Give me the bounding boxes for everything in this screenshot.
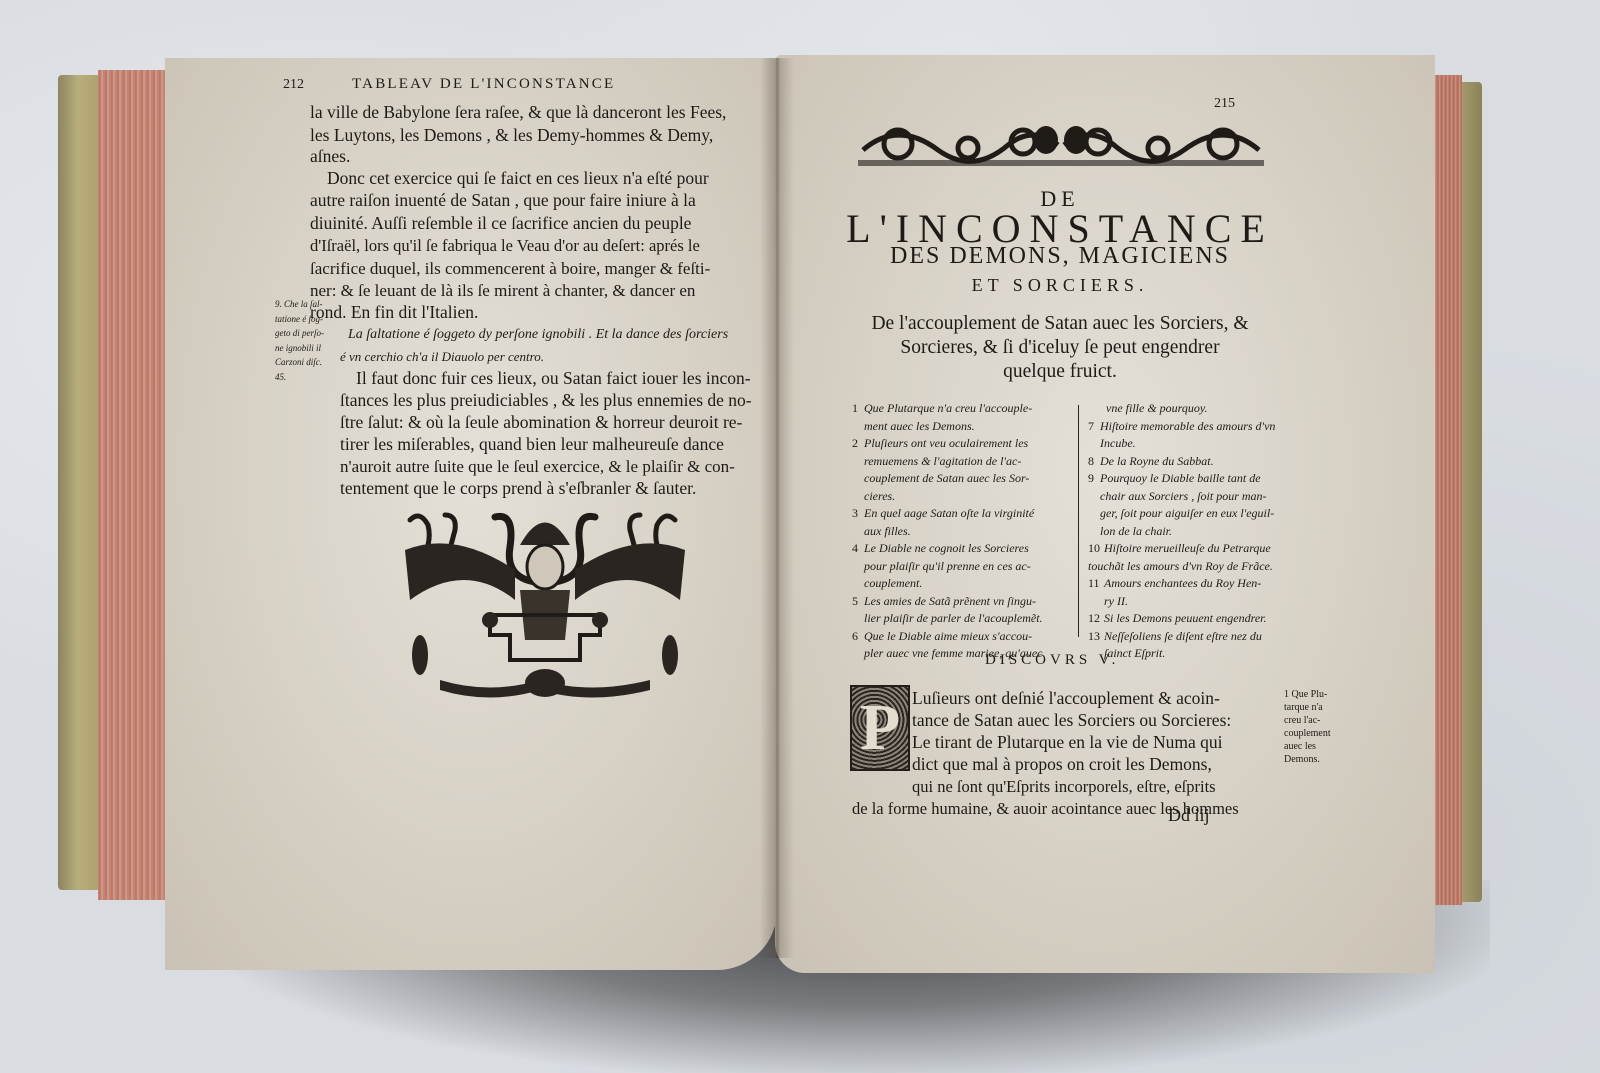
book-cover-right xyxy=(1460,82,1482,902)
contents-item-cont: ry II. xyxy=(1088,593,1275,611)
contents-item-cont: touchãt les amours d'vn Roy de Frãce. xyxy=(1088,558,1275,576)
contents-item: 9Pourquoy le Diable baille tant de xyxy=(1088,470,1275,488)
contents-item-cont: vne fille & pourquoy. xyxy=(1088,400,1275,418)
contents-item: 10Hiſtoire merueilleuſe du Petrarque xyxy=(1088,540,1275,558)
contents-item: 8De la Royne du Sabbat. xyxy=(1088,453,1275,471)
subtitle-line: Sorcieres, & ſi d'iceluy ſe peut engendr… xyxy=(830,336,1290,360)
right-line-3: Le tirant de Plutarque en la vie de Numa… xyxy=(912,732,1223,754)
left-line-6: diuinité. Auſſi reſemble il ce ſacrifice… xyxy=(310,212,691,235)
left-line-15: ſtre ſalut: & où la ſeule abomination & … xyxy=(340,411,742,434)
margin-note-line: 1 Que Plu- xyxy=(1284,688,1331,701)
italian-quote-line-1: La ſaltatione é ſoggeto dy perſone ignob… xyxy=(348,323,728,346)
contents-item-cont: Incube. xyxy=(1088,435,1275,453)
contents-item: 7Hiſtoire memorable des amours d'vn xyxy=(1088,418,1275,436)
contents-item: 1Que Plutarque n'a creu l'accouple- xyxy=(852,400,1043,418)
margin-note-line: auec les xyxy=(1284,740,1331,753)
left-line-16: tirer les miſerables, quand bien leur ma… xyxy=(340,433,724,456)
margin-note-line: Carzoni diſc. xyxy=(275,355,324,370)
left-line-3: aſnes. xyxy=(310,145,350,168)
signature-mark: Dd iij xyxy=(1168,805,1210,826)
left-line-8: ſacrifice duquel, ils commencerent à boi… xyxy=(310,257,710,280)
running-head-text: TABLEAV DE L'INCONSTANCE xyxy=(352,76,615,92)
italian-quote-line-2: é vn cerchio ch'a il Diauolo per centro. xyxy=(340,345,544,368)
left-line-7: d'Iſraël, lors qu'il ſe fabriqua le Veau… xyxy=(310,234,700,257)
right-line-2: tance de Satan auec les Sorciers ou Sorc… xyxy=(912,710,1231,732)
contents-right-column: vne fille & pourquoy. 7Hiſtoire memorabl… xyxy=(1088,400,1275,663)
right-line-4: dict que mal à propos on croit les Demon… xyxy=(912,754,1212,776)
left-line-4: Donc cet exercice qui ſe faict en ces li… xyxy=(327,167,709,190)
margin-note-line: Demons. xyxy=(1284,753,1331,766)
contents-item: 11Amours enchantees du Roy Hen- xyxy=(1088,575,1275,593)
contents-left-column: 1Que Plutarque n'a creu l'accouple- ment… xyxy=(852,400,1043,663)
left-line-10: rond. En fin dit l'Italien. xyxy=(310,301,478,324)
margin-note-line: couplement xyxy=(1284,727,1331,740)
woodcut-vignette-icon xyxy=(400,505,690,700)
title-demons-magiciens: DES DEMONS, MAGICIENS xyxy=(820,243,1300,270)
contents-item: 2Pluſieurs ont veu oculairement les xyxy=(852,435,1043,453)
contents-item-cont: chair aux Sorciers , ſoit pour man- xyxy=(1088,488,1275,506)
right-line-1: Luſieurs ont deſnié l'accouplement & aco… xyxy=(912,688,1220,710)
margin-note-line: tatione é ſog- xyxy=(275,312,324,327)
left-line-5: autre raiſon inuenté de Satan , que pour… xyxy=(310,189,696,212)
contents-item: 12Si les Demons peuuent engendrer. xyxy=(1088,610,1275,628)
contents-item-cont: ment auec les Demons. xyxy=(852,418,1043,436)
margin-note-line: creu l'ac- xyxy=(1284,714,1331,727)
margin-note-line: 45. xyxy=(275,370,324,385)
contents-item-cont: couplement. xyxy=(852,575,1043,593)
left-line-18: tentement que le corps prend à s'eſbranl… xyxy=(340,477,696,500)
contents-item-cont: pour plaiſir qu'il prenne en ces ac- xyxy=(852,558,1043,576)
contents-item-cont: remuemens & l'agitation de l'ac- xyxy=(852,453,1043,471)
title-et-sorciers: ET SORCIERS. xyxy=(820,275,1300,296)
left-line-1: la ville de Babylone ſera raſee, & que l… xyxy=(310,101,726,124)
contents-item-cont: ger, ſoit pour aiguiſer en eux l'eguil- xyxy=(1088,505,1275,523)
chapter-subtitle: De l'accouplement de Satan auec les Sorc… xyxy=(830,312,1290,384)
contents-item: 13Neſſeſoliens ſe diſent eſtre nez du xyxy=(1088,628,1275,646)
headpiece-ornament-icon xyxy=(858,120,1264,172)
contents-item: 3En quel aage Satan oſte la virginité xyxy=(852,505,1043,523)
subtitle-line: De l'accouplement de Satan auec les Sorc… xyxy=(830,312,1290,336)
left-line-9: ner: & ſe leuant de là ils ſe mirent à c… xyxy=(310,279,695,302)
contents-divider xyxy=(1078,405,1079,637)
contents-item: 4Le Diable ne cognoit les Sorcieres xyxy=(852,540,1043,558)
subtitle-line: quelque fruict. xyxy=(830,360,1290,384)
left-running-head: 212TABLEAV DE L'INCONSTANCE xyxy=(283,76,615,93)
contents-item-cont: aux filles. xyxy=(852,523,1043,541)
drop-cap-p: P xyxy=(850,685,910,771)
left-line-17: n'auroit autre ſuite que le ſeul exercic… xyxy=(340,455,735,478)
margin-note-line: geto di perſo- xyxy=(275,326,324,341)
left-page-number: 212 xyxy=(283,77,304,92)
contents-item-cont: lier plaiſir de parler de l'acouplemẽt. xyxy=(852,610,1043,628)
right-margin-note: 1 Que Plu- tarque n'a creu l'ac- couplem… xyxy=(1284,688,1331,766)
discours-heading: DISCOVRS V. xyxy=(985,652,1119,669)
margin-note-line: ne ignobili il xyxy=(275,341,324,356)
page-edges-left-red xyxy=(98,70,168,900)
left-margin-note: 9. Che la ſal- tatione é ſog- geto di pe… xyxy=(275,297,324,384)
contents-item-cont: cieres. xyxy=(852,488,1043,506)
left-line-2: les Luytons, les Demons , & les Demy-hom… xyxy=(310,124,713,147)
margin-note-line: tarque n'a xyxy=(1284,701,1331,714)
right-page-number: 215 xyxy=(1214,96,1235,112)
contents-item-cont: lon de la chair. xyxy=(1088,523,1275,541)
contents-item-cont: couplement de Satan auec les Sor- xyxy=(852,470,1043,488)
contents-item: 5Les amies de Satã prẽnent vn ſingu- xyxy=(852,593,1043,611)
book-gutter xyxy=(760,58,794,958)
contents-item: 6Que le Diable aime mieux s'accou- xyxy=(852,628,1043,646)
left-line-13: Il faut donc fuir ces lieux, ou Satan fa… xyxy=(356,367,751,390)
margin-note-line: 9. Che la ſal- xyxy=(275,297,324,312)
right-line-5: qui ne ſont qu'Eſprits incorporels, eſtr… xyxy=(912,776,1216,798)
left-line-14: ſtances les plus preiudiciables , & les … xyxy=(340,389,752,412)
